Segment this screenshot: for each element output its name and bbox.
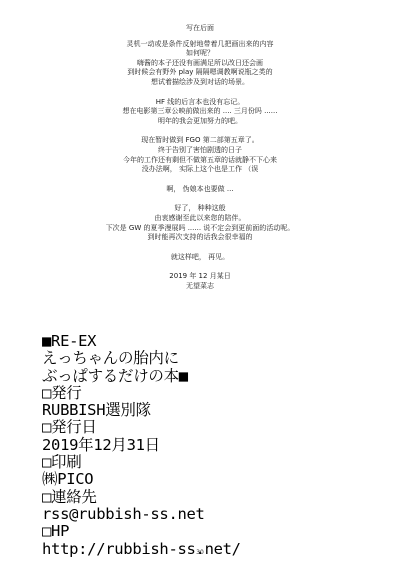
afterword-title: 写在后面 bbox=[0, 24, 400, 34]
text-line: 嗨酱的本子还没有画满足所以改日还会画 bbox=[0, 59, 400, 69]
printer-value: ㈱PICO bbox=[42, 471, 362, 488]
publish-date-value: 2019年12月31日 bbox=[42, 437, 362, 454]
text-line: 下次是 GW 的夏季漫展吗 ...... 说不定会到更前面的活动呢。 bbox=[0, 224, 400, 234]
paragraph-4: 啊， 伪娘本也要做 ... bbox=[0, 185, 400, 195]
paragraph-1: 灵机一动或是条件反射地带着几把画出来的内容 如何呢？ 嗨酱的本子还没有画满足所以… bbox=[0, 40, 400, 88]
colophon: ■RE-EX えっちゃんの胎内に ぶっぱするだけの本■ □発行 RUBBISH選… bbox=[42, 333, 362, 558]
publish-date-label: □発行日 bbox=[42, 419, 362, 436]
paragraph-5: 好了， 种种这般 由衷感谢至此以来您的陪伴。 下次是 GW 的夏季漫展吗 ...… bbox=[0, 204, 400, 242]
afterword: 写在后面 灵机一动或是条件反射地带着几把画出来的内容 如何呢？ 嗨酱的本子还没有… bbox=[0, 24, 400, 291]
publisher-label: □発行 bbox=[42, 385, 362, 402]
spacer bbox=[0, 243, 400, 253]
colophon-title-line-3: ぶっぱするだけの本■ bbox=[42, 368, 362, 385]
paragraph-3: 现在暂时做到 FGO 第二部第五章了。 终于告别了害怕剧透的日子 今年的工作还有… bbox=[0, 136, 400, 174]
spacer bbox=[0, 175, 400, 185]
text-line: 到时能再次支持的话我会很幸福的 bbox=[0, 233, 400, 243]
text-line: 没办法啊， 实际上这个也是工作 （误 bbox=[0, 165, 400, 175]
publisher-value: RUBBISH選別隊 bbox=[42, 402, 362, 419]
text-line: 到时候会有野外 play 隔隔嗯调教啊说瓶之类的 bbox=[0, 68, 400, 78]
homepage-label: □HP bbox=[42, 523, 362, 540]
spacer bbox=[0, 262, 400, 272]
spacer bbox=[0, 126, 400, 136]
contact-label: □連絡先 bbox=[42, 489, 362, 506]
signature-date: 2019 年 12 月某日 bbox=[0, 272, 400, 282]
text-line: 终于告别了害怕剧透的日子 bbox=[0, 146, 400, 156]
text-line: 就这样吧， 再见。 bbox=[0, 253, 400, 263]
page-number: 30 bbox=[0, 549, 400, 556]
text-line: 好了， 种种这般 bbox=[0, 204, 400, 214]
colophon-title-line-1: ■RE-EX bbox=[42, 333, 362, 350]
text-line: 如何呢？ bbox=[0, 49, 400, 59]
text-line: 由衷感谢至此以来您的陪伴。 bbox=[0, 214, 400, 224]
spacer bbox=[0, 88, 400, 98]
text-line: 今年的工作还有剩但不做第五章的话就静不下心来 bbox=[0, 156, 400, 166]
text-line: 明年的我会更加努力的吧。 bbox=[0, 117, 400, 127]
text-line: 啊， 伪娘本也要做 ... bbox=[0, 185, 400, 195]
paragraph-6: 就这样吧， 再见。 bbox=[0, 253, 400, 263]
text-line: HF 线的后言本也没有忘记。 bbox=[0, 98, 400, 108]
contact-email: rss@rubbish-ss.net bbox=[42, 506, 362, 523]
text-line: 现在暂时做到 FGO 第二部第五章了。 bbox=[0, 136, 400, 146]
colophon-title-line-2: えっちゃんの胎内に bbox=[42, 350, 362, 367]
printer-label: □印刷 bbox=[42, 454, 362, 471]
paragraph-2: HF 线的后言本也没有忘记。 想在电影第三章公映前做出来的 .... 三月份吗 … bbox=[0, 98, 400, 127]
text-line: 灵机一动或是条件反射地带着几把画出来的内容 bbox=[0, 40, 400, 50]
text-line: 想试着描绘涉及到对话的场景。 bbox=[0, 78, 400, 88]
spacer bbox=[0, 194, 400, 204]
signature-author: 无望菜志 bbox=[0, 282, 400, 292]
text-line: 想在电影第三章公映前做出来的 .... 三月份吗 ...... bbox=[0, 107, 400, 117]
signature: 2019 年 12 月某日 无望菜志 bbox=[0, 272, 400, 291]
